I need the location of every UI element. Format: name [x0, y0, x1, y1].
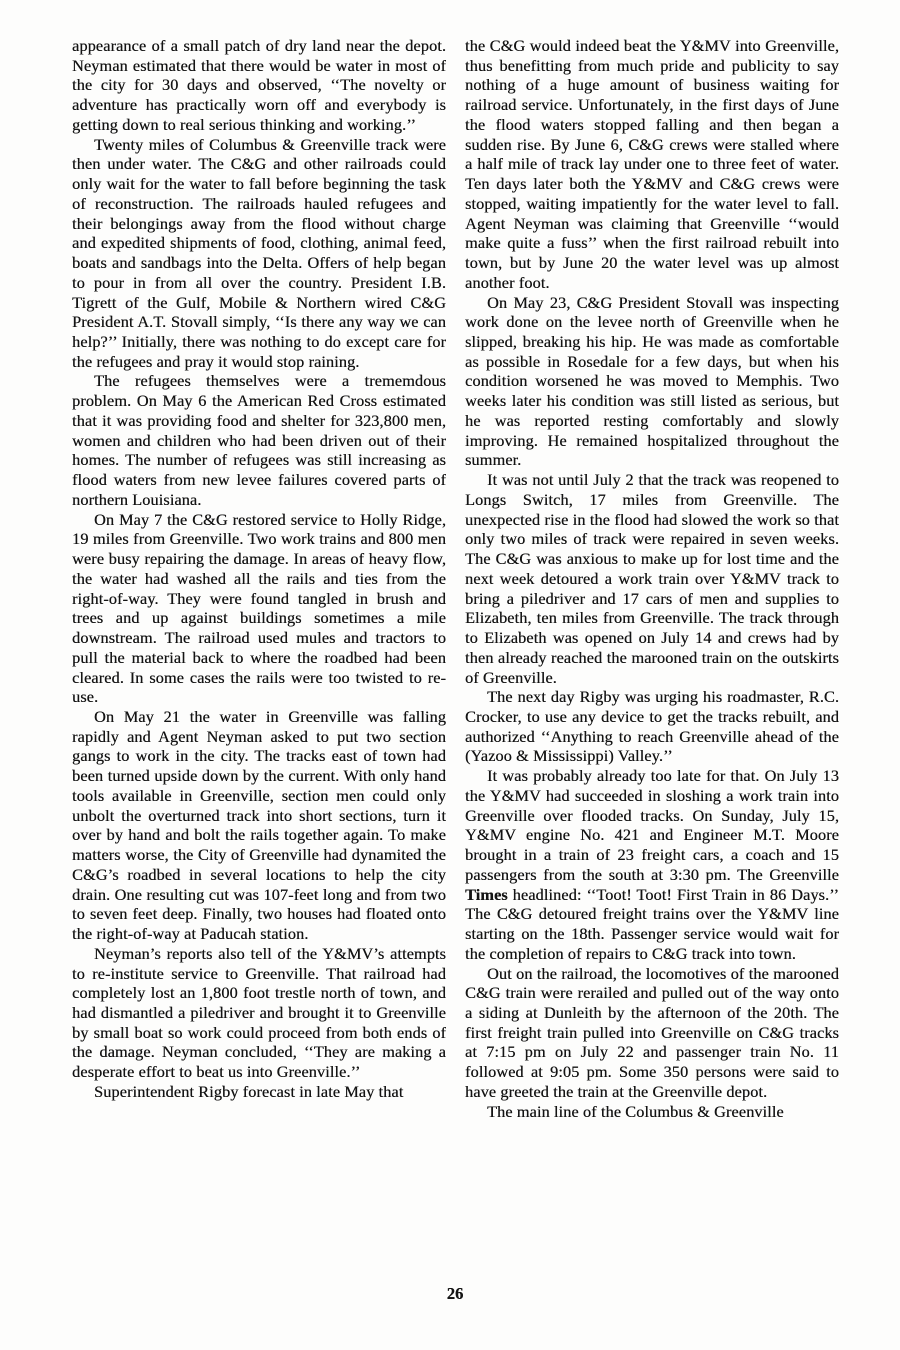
paragraph: Neyman’s reports also tell of the Y&MV’s…	[72, 944, 446, 1082]
text-segment: Twenty miles of Columbus & Greenville tr…	[72, 135, 446, 371]
paragraph: Superintendent Rigby forecast in late Ma…	[72, 1082, 446, 1102]
paragraph: The main line of the Columbus & Greenvil…	[465, 1102, 839, 1122]
paragraph: Twenty miles of Columbus & Greenville tr…	[72, 135, 446, 372]
text-segment: On May 23, C&G President Stovall was ins…	[465, 293, 839, 470]
page-number: 26	[72, 1284, 838, 1304]
text-segment: Out on the railroad, the locomotives of …	[465, 964, 839, 1101]
text-segment: The refugees themselves were a trememdou…	[72, 371, 446, 508]
paragraph: appearance of a small patch of dry land …	[72, 36, 446, 135]
paragraph: It was probably already too late for tha…	[465, 766, 839, 963]
text-segment: On May 21 the water in Greenville was fa…	[72, 707, 446, 943]
paragraph: The next day Rigby was urging his roadma…	[465, 687, 839, 766]
paragraph: The refugees themselves were a trememdou…	[72, 371, 446, 509]
bold-text-segment: Times	[465, 885, 508, 904]
text-segment: headlined: ‘‘Toot! Toot! First Train in …	[465, 885, 839, 963]
text-segment: The next day Rigby was urging his roadma…	[465, 687, 839, 765]
paragraph: the C&G would indeed beat the Y&MV into …	[465, 36, 839, 293]
paragraph: On May 23, C&G President Stovall was ins…	[465, 293, 839, 471]
text-segment: On May 7 the C&G restored service to Hol…	[72, 510, 446, 707]
paragraph: It was not until July 2 that the track w…	[465, 470, 839, 687]
text-segment: The main line of the Columbus & Greenvil…	[487, 1102, 784, 1121]
text-segment: the C&G would indeed beat the Y&MV into …	[465, 36, 839, 292]
text-segment: It was probably already too late for tha…	[465, 766, 839, 884]
text-columns: appearance of a small patch of dry land …	[72, 36, 839, 1268]
text-column-left: appearance of a small patch of dry land …	[72, 36, 446, 1268]
paragraph: On May 21 the water in Greenville was fa…	[72, 707, 446, 944]
book-page: appearance of a small patch of dry land …	[0, 0, 900, 1350]
text-segment: It was not until July 2 that the track w…	[465, 470, 839, 686]
paragraph: Out on the railroad, the locomotives of …	[465, 964, 839, 1102]
text-segment: appearance of a small patch of dry land …	[72, 36, 446, 134]
text-segment: Neyman’s reports also tell of the Y&MV’s…	[72, 944, 446, 1081]
text-segment: Superintendent Rigby forecast in late Ma…	[94, 1082, 403, 1101]
text-column-right: the C&G would indeed beat the Y&MV into …	[465, 36, 839, 1268]
paragraph: On May 7 the C&G restored service to Hol…	[72, 510, 446, 707]
